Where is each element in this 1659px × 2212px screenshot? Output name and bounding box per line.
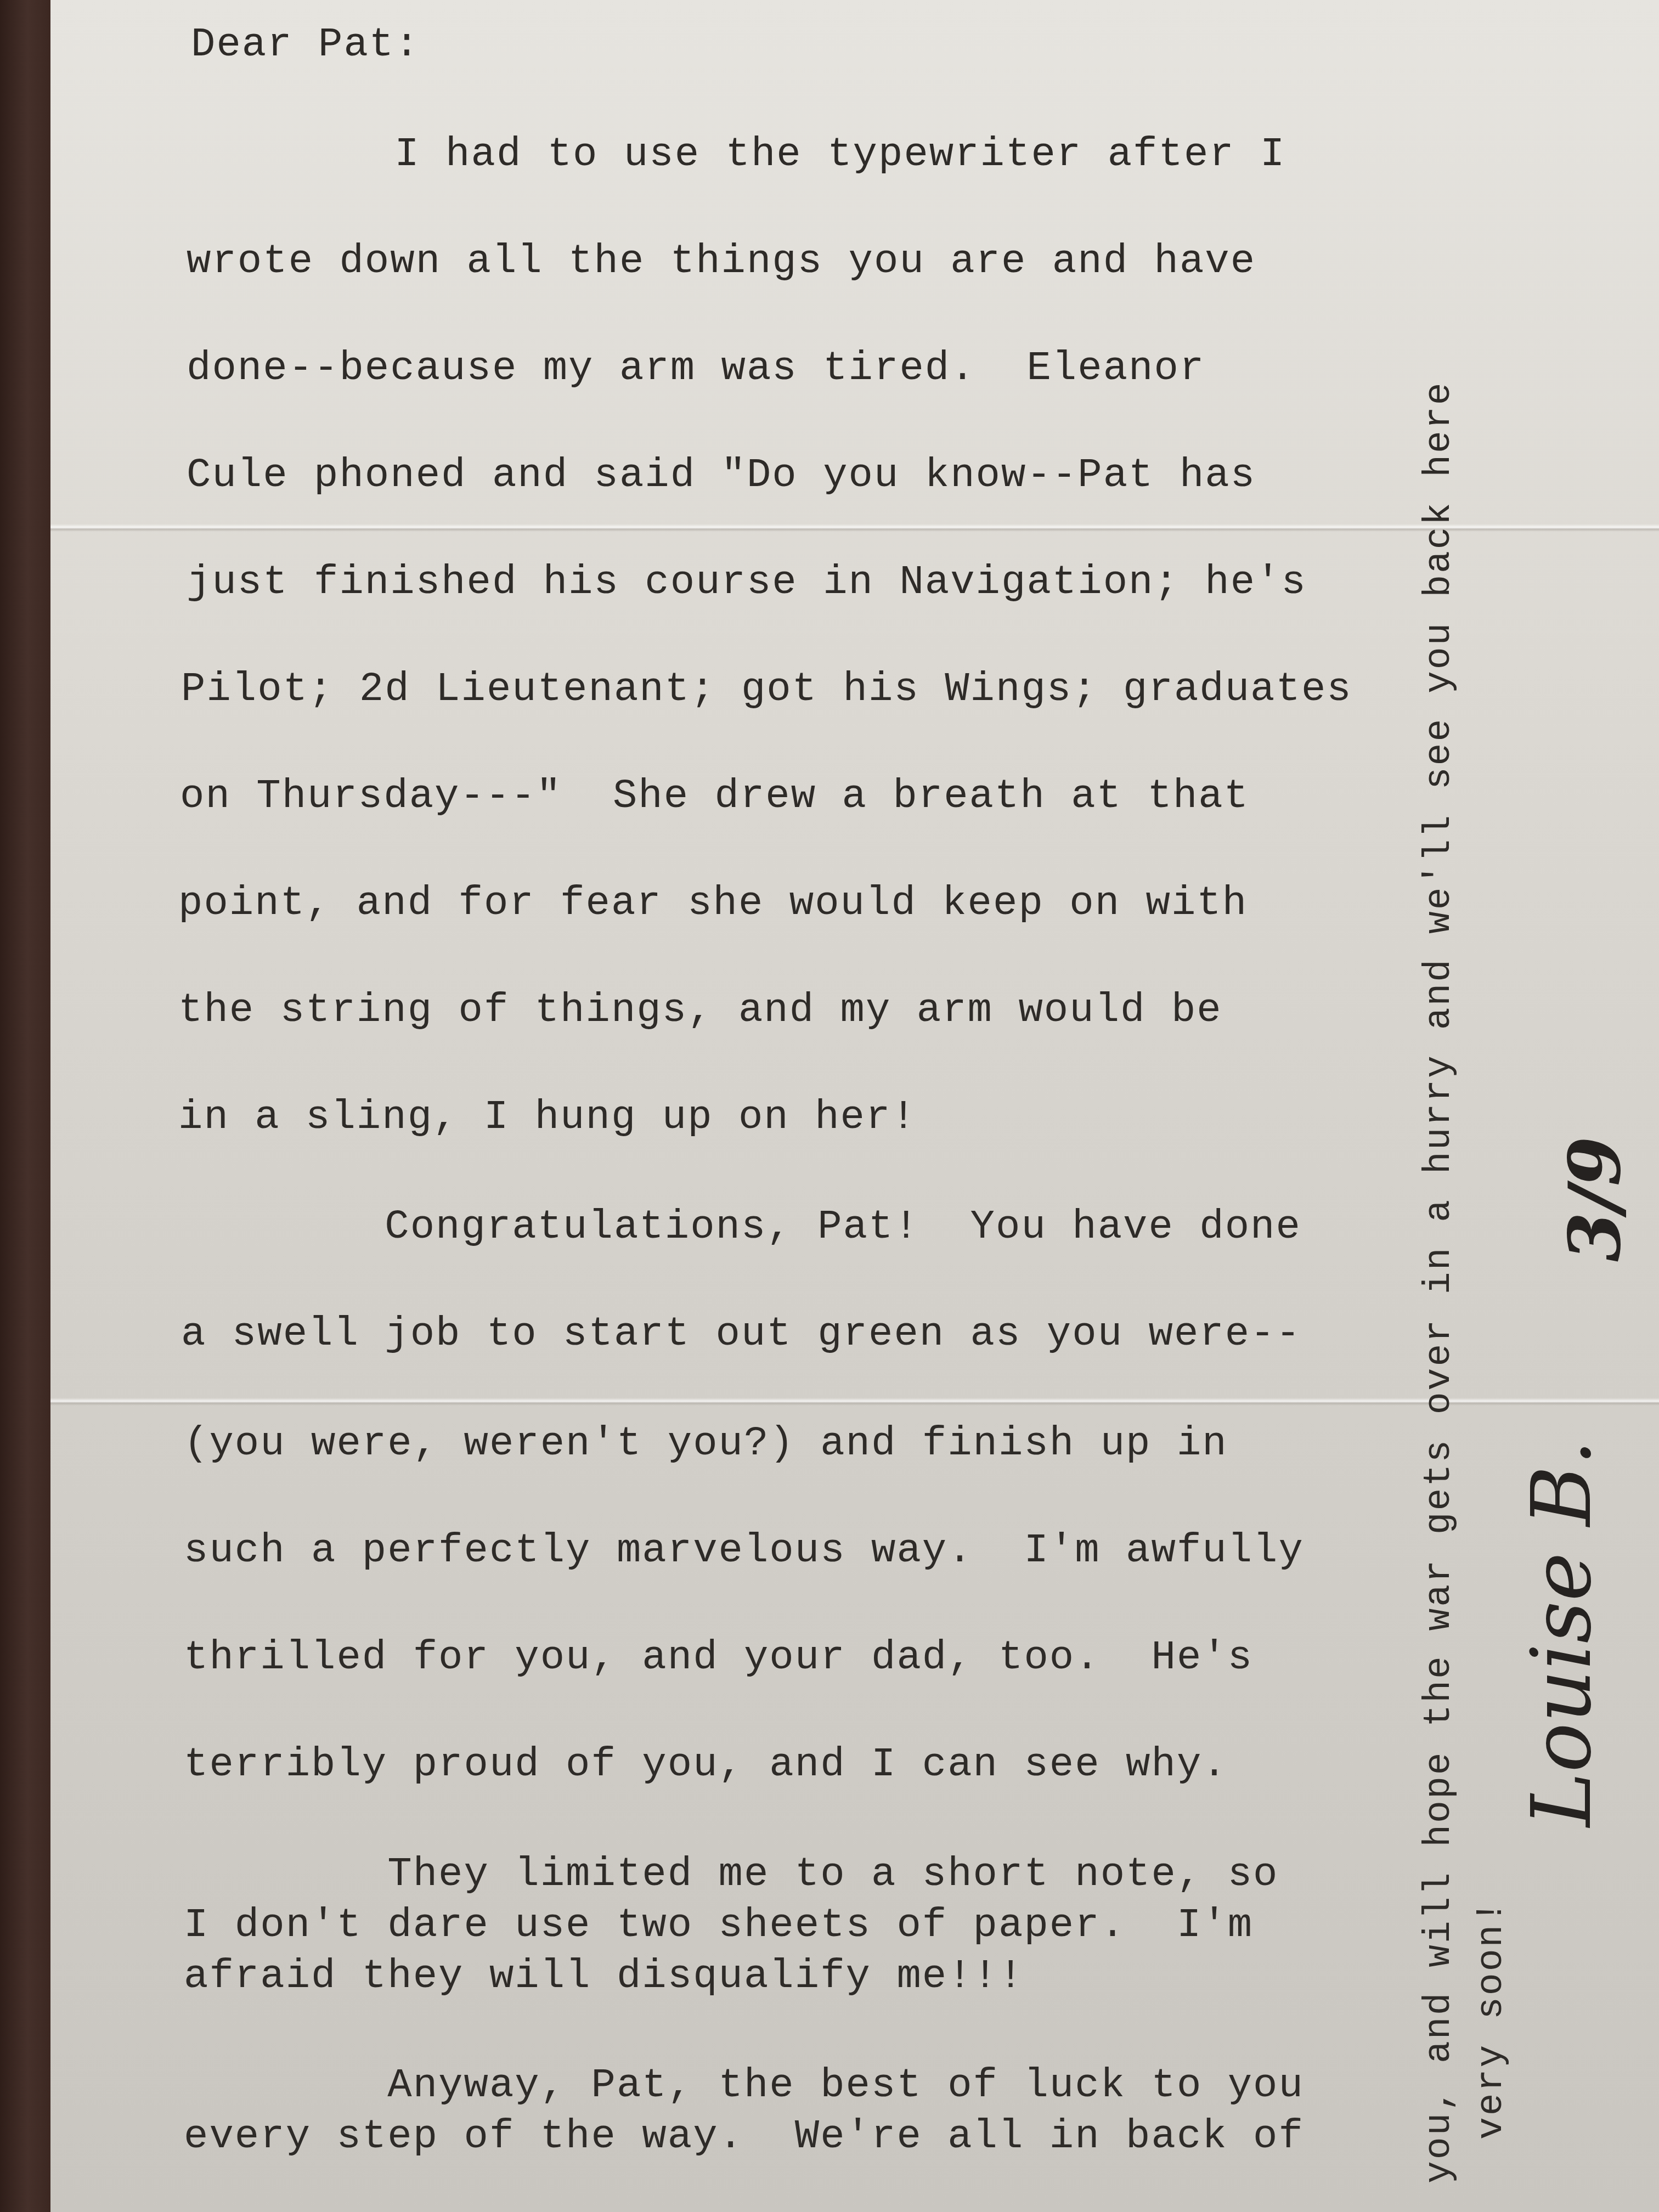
margin-note-line-2: very soon! xyxy=(1470,1899,1513,2140)
letter-line: just finished his course in Navigation; … xyxy=(187,560,1307,606)
letter-line: I don't dare use two sheets of paper. I'… xyxy=(184,1903,1253,1949)
letter-line: (you were, weren't you?) and finish up i… xyxy=(184,1421,1228,1467)
letter-line: such a perfectly marvelous way. I'm awfu… xyxy=(184,1528,1304,1574)
letter-line: terribly proud of you, and I can see why… xyxy=(184,1742,1228,1788)
letter-line: every step of the way. We're all in back… xyxy=(184,2114,1304,2160)
letter-line: Anyway, Pat, the best of luck to you xyxy=(184,2063,1304,2109)
letter-line: on Thursday---" She drew a breath at tha… xyxy=(180,774,1249,820)
letter-line: the string of things, and my arm would b… xyxy=(178,988,1222,1034)
letter-line: a swell job to start out green as you we… xyxy=(181,1311,1301,1357)
letter-line: done--because my arm was tired. Eleanor xyxy=(187,346,1205,392)
letter-line: They limited me to a short note, so xyxy=(184,1852,1279,1898)
margin-note-line-1: you, and will hope the war gets over in … xyxy=(1418,381,1460,2184)
handwritten-date: 3/9 xyxy=(1553,1137,1637,1262)
wooden-table-edge xyxy=(0,0,55,2212)
letter-line: in a sling, I hung up on her! xyxy=(178,1094,917,1141)
letter-line: Congratulations, Pat! You have done xyxy=(181,1204,1301,1250)
letter-line: I had to use the typewriter after I xyxy=(191,132,1286,178)
letter-line: wrote down all the things you are and ha… xyxy=(187,239,1256,285)
handwritten-signature: Louise B. xyxy=(1514,1440,1610,1827)
letter-line: afraid they will disqualify me!!! xyxy=(184,1954,1024,2000)
letter-line: Cule phoned and said "Do you know--Pat h… xyxy=(187,453,1256,499)
salutation: Dear Pat: xyxy=(191,22,420,68)
letter-line: Pilot; 2d Lieutenant; got his Wings; gra… xyxy=(181,667,1352,713)
letter-line: point, and for fear she would keep on wi… xyxy=(178,881,1248,927)
letter-line: thrilled for you, and your dad, too. He'… xyxy=(184,1635,1253,1681)
